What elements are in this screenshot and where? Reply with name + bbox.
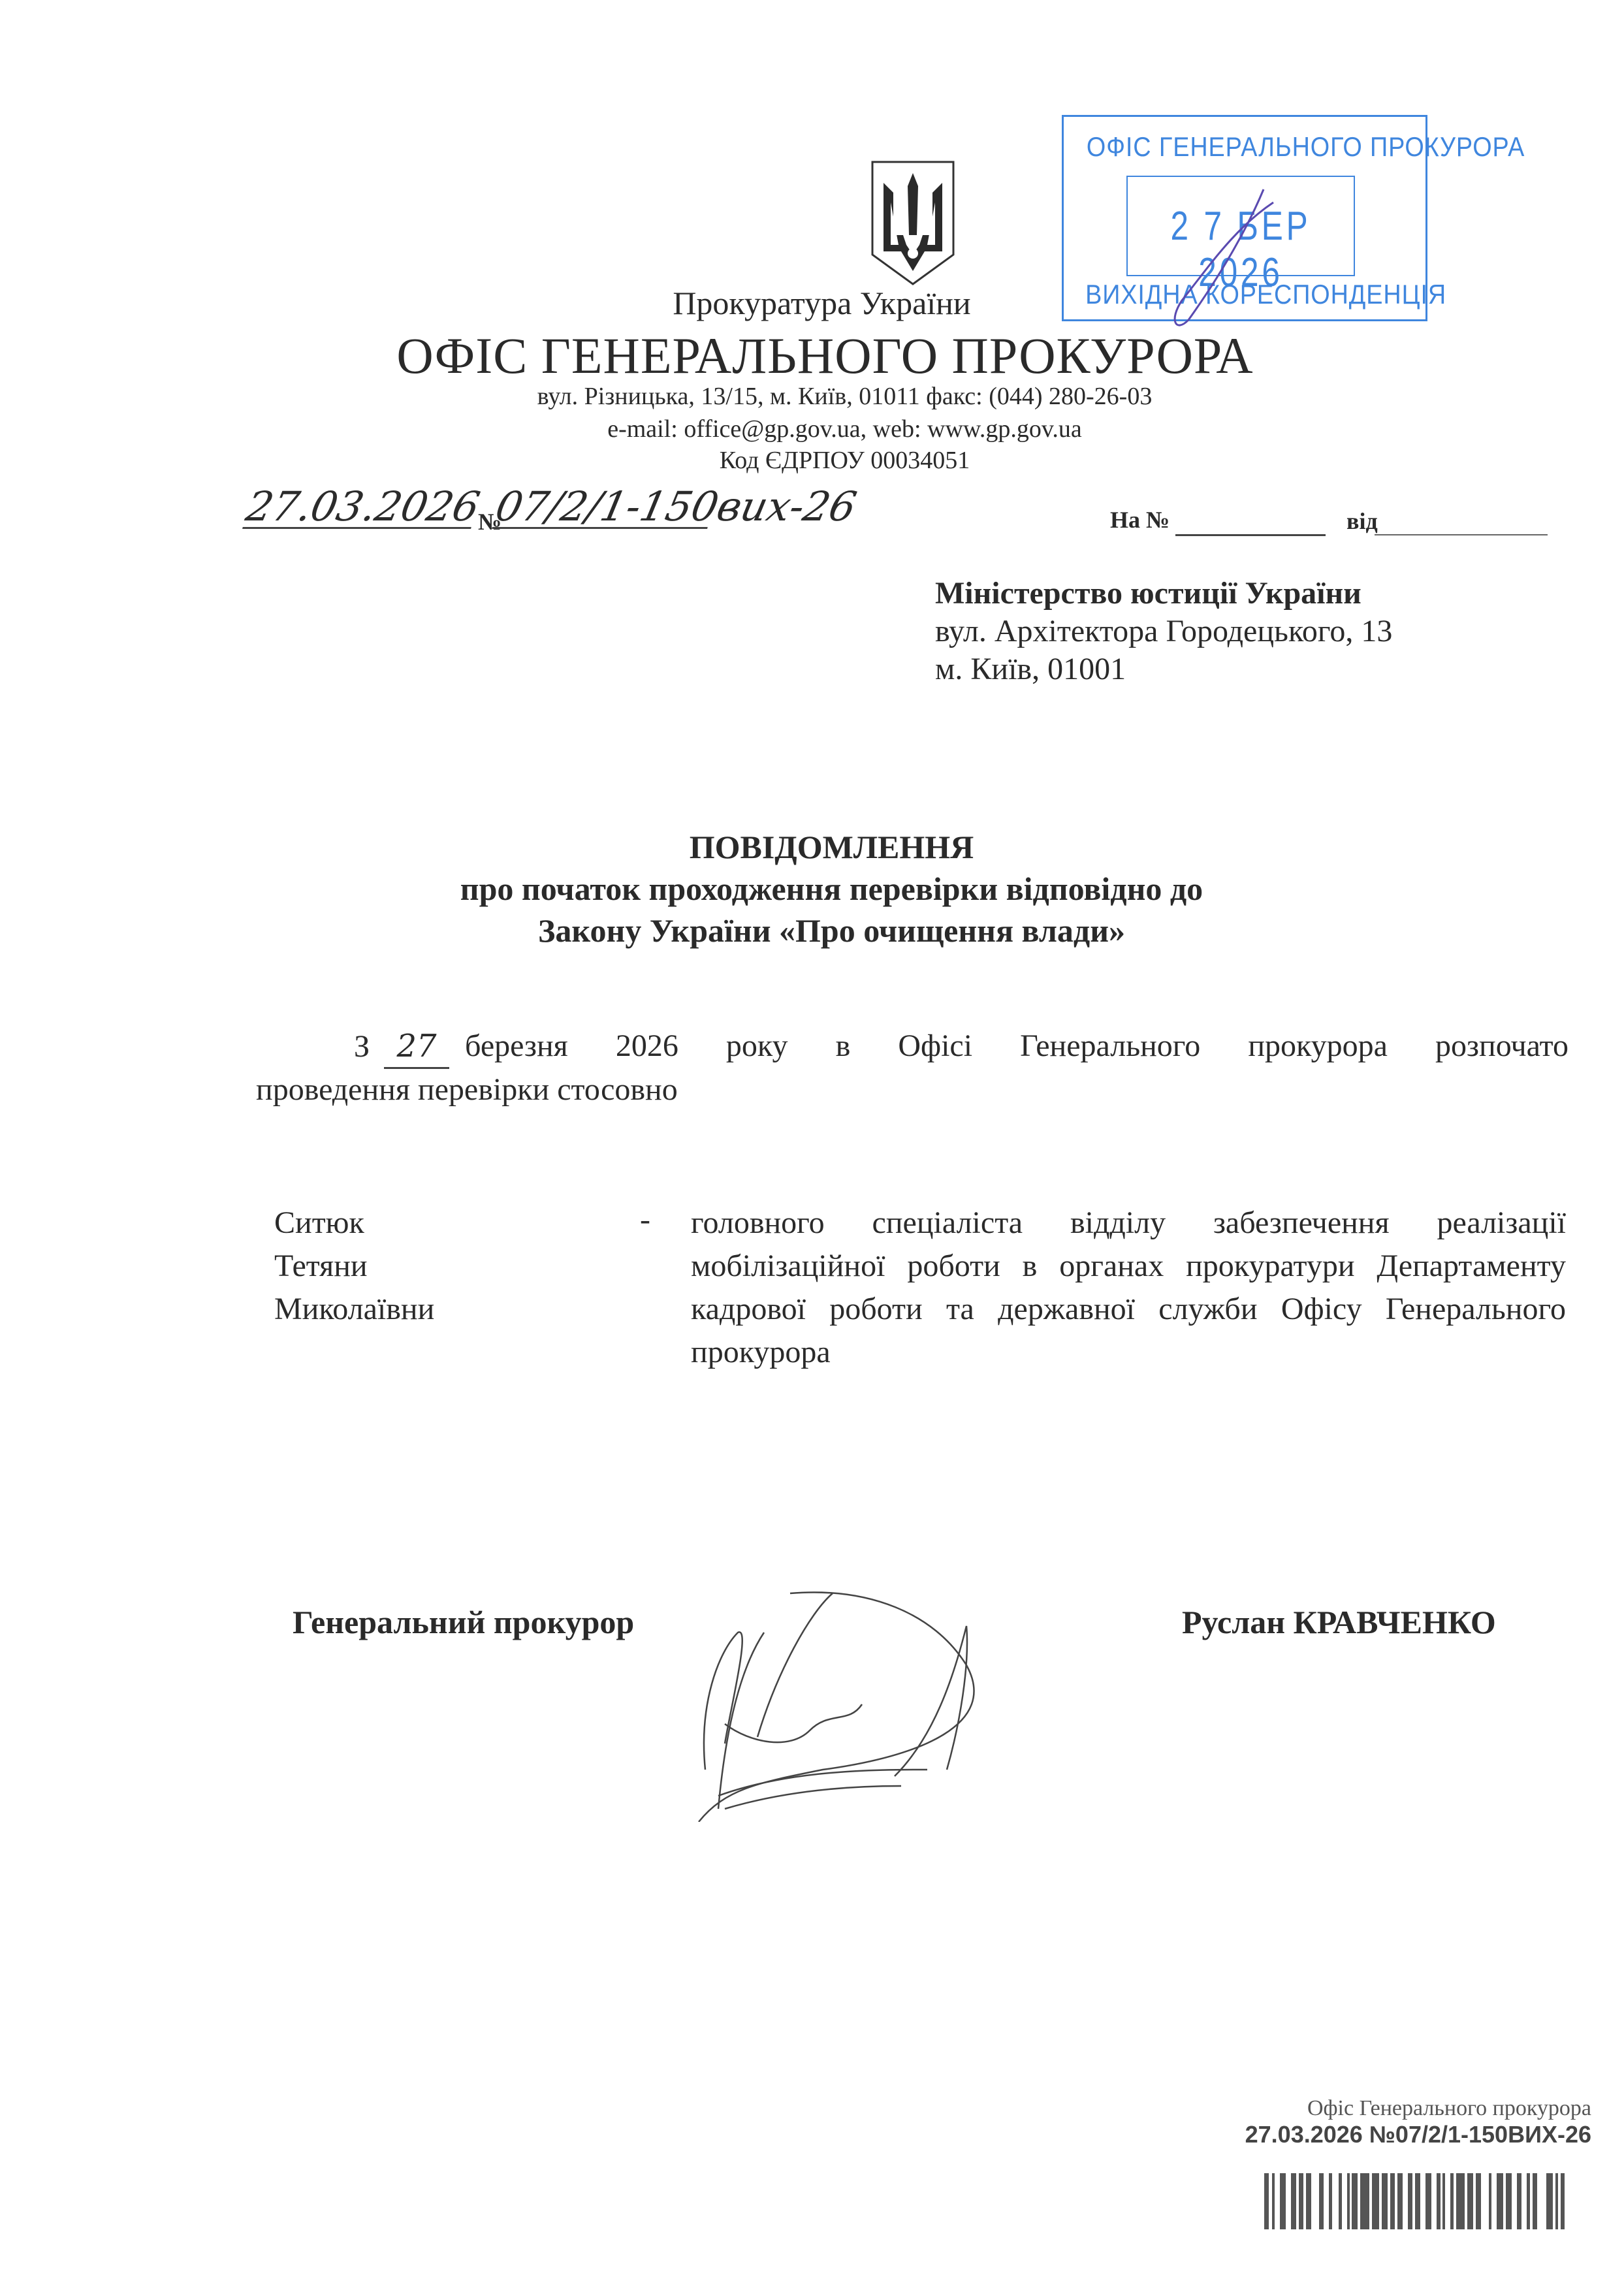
subject-surname: Ситюк bbox=[274, 1202, 434, 1245]
signer-title: Генеральний прокурор bbox=[293, 1603, 634, 1641]
registration-office: Офіс Генерального прокурора bbox=[1245, 2096, 1591, 2121]
trident-coat-of-arms-icon bbox=[867, 157, 959, 287]
office-edrpou: Код ЄДРПОУ 00034051 bbox=[0, 446, 1624, 475]
subject-first-name: Тетяни bbox=[274, 1245, 434, 1288]
reference-number-field bbox=[1175, 534, 1326, 536]
outgoing-date: 27.03.2026 bbox=[242, 486, 480, 529]
office-name: ОФІС ГЕНЕРАЛЬНОГО ПРОКУРОРА bbox=[0, 327, 1624, 385]
recipient-name: Міністерство юстиції України bbox=[935, 575, 1392, 613]
subject-dash: - bbox=[640, 1202, 650, 1237]
body-prefix: З bbox=[354, 1029, 370, 1064]
body-text-line-1: березня 2026 року в Офісі Генерального п… bbox=[456, 1025, 1568, 1069]
document-title: ПОВІДОМЛЕННЯ про початок проходження пер… bbox=[0, 826, 1624, 951]
title-subtitle-1: про початок проходження перевірки відпов… bbox=[39, 868, 1624, 910]
barcode-icon bbox=[1264, 2173, 1565, 2229]
recipient-city: м. Київ, 01001 bbox=[935, 650, 1392, 688]
registration-label: Офіс Генерального прокурора 27.03.2026 №… bbox=[1245, 2096, 1591, 2148]
body-paragraph: З 27 березня 2026 року в Офісі Генеральн… bbox=[256, 1025, 1568, 1111]
subject-patronymic: Миколаївни bbox=[274, 1288, 434, 1331]
office-address: вул. Різницька, 13/15, м. Київ, 01011 фа… bbox=[0, 382, 1624, 411]
reference-date-field bbox=[1375, 534, 1548, 535]
subject-full-name: Ситюк Тетяни Миколаївни bbox=[274, 1202, 434, 1331]
title-subtitle-2: Закону України «Про очищення влади» bbox=[39, 910, 1624, 951]
recipient-street: вул. Архітектора Городецького, 13 bbox=[935, 613, 1392, 650]
reference-number-label: На № bbox=[1110, 506, 1170, 534]
outgoing-number: 07/2/1-150вих-26 bbox=[492, 486, 716, 529]
signer-name: Руслан КРАВЧЕНКО bbox=[1182, 1603, 1496, 1641]
reference-date-label: від bbox=[1346, 507, 1378, 535]
subject-position: головного спеціаліста відділу забезпечен… bbox=[691, 1202, 1566, 1374]
body-day: 27 bbox=[384, 1025, 449, 1069]
body-text-line-2: проведення перевірки стосовно bbox=[256, 1069, 1568, 1111]
recipient-block: Міністерство юстиції України вул. Архіте… bbox=[935, 575, 1392, 688]
agency-name: Прокуратура України bbox=[0, 284, 1624, 322]
registration-number: 27.03.2026 №07/2/1-150ВИХ-26 bbox=[1245, 2121, 1591, 2148]
office-contacts: e-mail: office@gp.gov.ua, web: www.gp.go… bbox=[0, 415, 1624, 443]
title-heading: ПОВІДОМЛЕННЯ bbox=[39, 826, 1624, 868]
stamp-top-text: ОФІС ГЕНЕРАЛЬНОГО ПРОКУРОРА bbox=[1087, 131, 1403, 163]
handwritten-signature bbox=[660, 1574, 1077, 1822]
